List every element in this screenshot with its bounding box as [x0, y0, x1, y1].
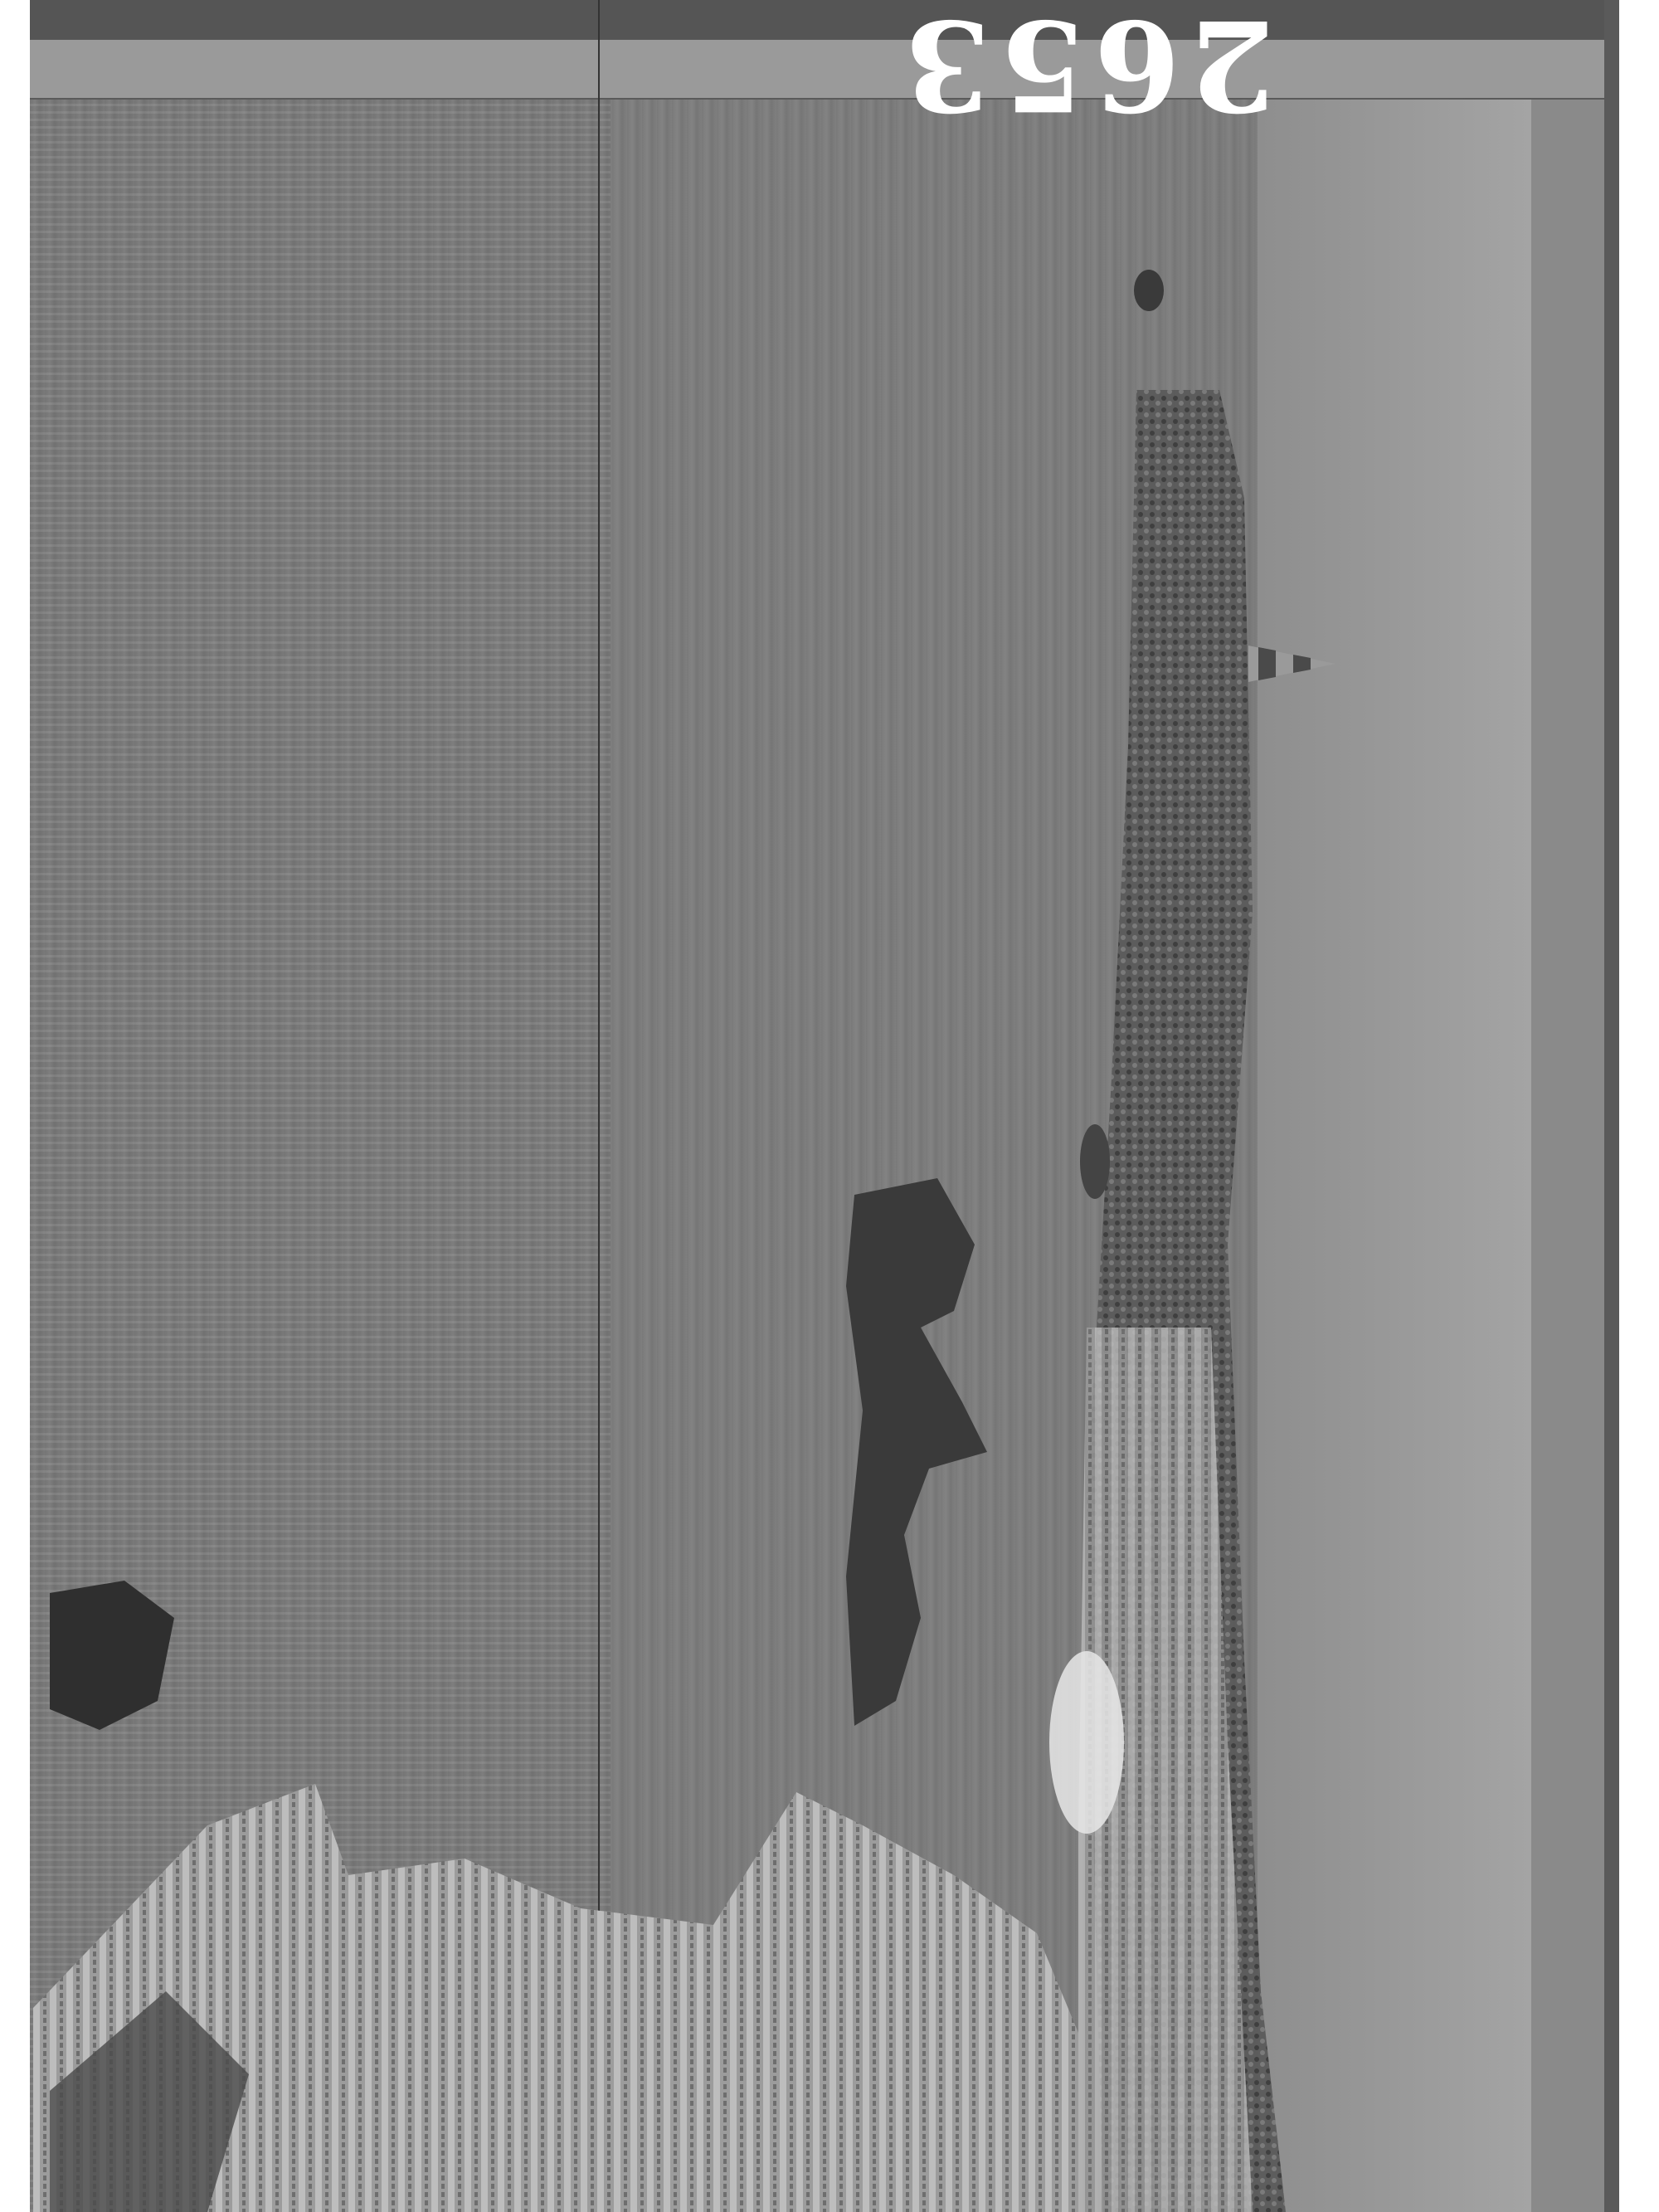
sea-stack-group: [846, 1178, 987, 1726]
foreground-boulder: [50, 1581, 174, 1730]
handwritten-film-number: 2653: [896, 0, 1275, 138]
offshore-rock: [1080, 1124, 1110, 1199]
striped-beacon: [1248, 646, 1335, 682]
wave-spray: [1049, 1651, 1124, 1834]
coastline-scene: [0, 0, 1659, 2212]
offshore-rock: [1134, 270, 1164, 311]
